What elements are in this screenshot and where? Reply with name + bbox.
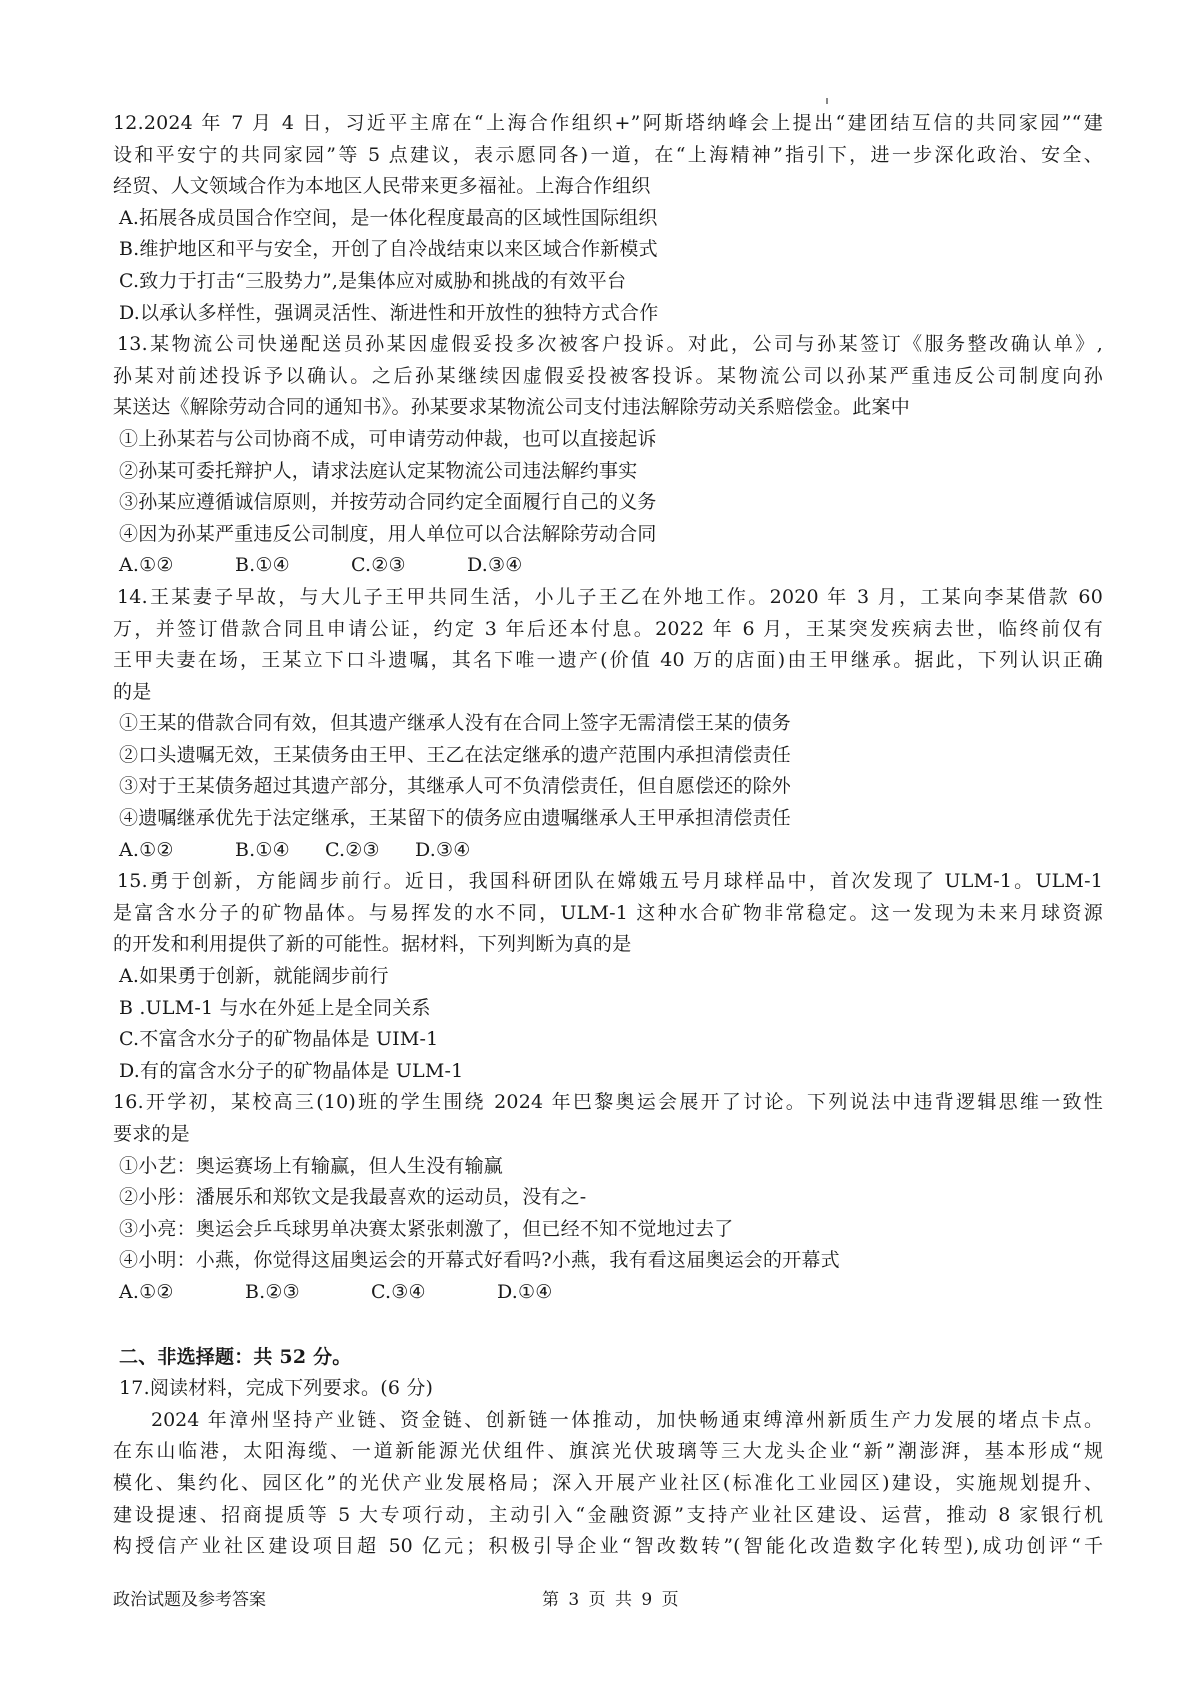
option-c: C.致力于打击“三股势力”,是集体应对威胁和挑战的有效平台 — [113, 266, 1103, 298]
question-stem-line: 王甲夫妻在场，王某立下口斗遗嘱，其名下唯一遗产(价值 40 万的店面)由王甲继承… — [113, 645, 1103, 677]
question-stem-line: 经贸、人文领域合作为本地区人民带来更多福祉。上海合作组织 — [113, 171, 1103, 203]
question-14: 14.王某妻子早故，与大儿子王甲共同生活，小儿子王乙在外地工作。2020 年 3… — [113, 582, 1103, 866]
statement-1: ①上孙某若与公司协商不成，可申请劳动仲裁，也可以直接起诉 — [113, 424, 1103, 456]
choice-c: C.②③ — [325, 835, 415, 867]
material-line: 构授信产业社区建设项目超 50 亿元；积极引导企业“智改数转”(智能化改造数字化… — [113, 1531, 1103, 1563]
answer-choices: A.①② B.①④ C.②③ D.③④ — [113, 835, 1103, 867]
statement-2: ②小彤：潘展乐和郑钦文是我最喜欢的运动员，没有之- — [113, 1182, 1103, 1214]
choice-a: A.①② — [119, 550, 235, 582]
choice-b: B.①④ — [235, 835, 325, 867]
question-stem-line: 15.勇于创新，方能阔步前行。近日，我国科研团队在嫦娥五号月球样品中，首次发现了… — [113, 866, 1103, 898]
option-a: A.拓展各成员国合作空间，是一体化程度最高的区域性国际组织 — [113, 203, 1103, 235]
statement-3: ③小亮：奥运会乒乓球男单决赛太紧张刺激了，但已经不知不觉地过去了 — [113, 1214, 1103, 1246]
statement-1: ①小艺：奥运赛场上有输赢，但人生没有输赢 — [113, 1151, 1103, 1183]
question-stem-line: 16.开学初，某校高三(10)班的学生围绕 2024 年巴黎奥运会展开了讨论。下… — [113, 1087, 1103, 1119]
footer-subject: 政治试题及参考答案 — [113, 1588, 266, 1612]
statement-3: ③孙某应遵循诚信原则，并按劳动合同约定全面履行自己的义务 — [113, 487, 1103, 519]
section-spacer — [113, 1309, 1103, 1342]
option-b: B .ULM-1 与水在外延上是全同关系 — [113, 993, 1103, 1025]
scan-mark — [826, 98, 828, 104]
question-stem-line: 13.某物流公司快递配送员孙某因虚假妥投多次被客户投诉。对此，公司与孙某签订《服… — [113, 329, 1103, 361]
answer-choices: A.①② B.①④ C.②③ D.③④ — [113, 550, 1103, 582]
option-a: A.如果勇于创新，就能阔步前行 — [113, 961, 1103, 993]
section-title: 二、非选择题：共 52 分。 — [113, 1342, 1103, 1374]
statement-4: ④遗嘱继承优先于法定继承，王某留下的债务应由遗嘱继承人王甲承担清偿责任 — [113, 803, 1103, 835]
statement-2: ②口头遗嘱无效，王某债务由王甲、王乙在法定继承的遗产范围内承担清偿责任 — [113, 740, 1103, 772]
option-d: D.有的富含水分子的矿物晶体是 ULM-1 — [113, 1056, 1103, 1088]
choice-c: C.②③ — [351, 550, 467, 582]
question-13: 13.某物流公司快递配送员孙某因虚假妥投多次被客户投诉。对此，公司与孙某签订《服… — [113, 329, 1103, 582]
question-stem-line: 12.2024 年 7 月 4 日，习近平主席在“上海合作组织+”阿斯塔纳峰会上… — [113, 108, 1103, 140]
choice-d: D.③④ — [415, 835, 470, 867]
material-line: 建设提速、招商提质等 5 大专项行动，主动引入“金融资源”支持产业社区建设、运营… — [113, 1500, 1103, 1532]
statement-3: ③对于王某债务超过其遗产部分，其继承人可不负清偿责任，但自愿偿还的除外 — [113, 771, 1103, 803]
choice-d: D.③④ — [467, 550, 583, 582]
page-content: 12.2024 年 7 月 4 日，习近平主席在“上海合作组织+”阿斯塔纳峰会上… — [113, 108, 1103, 1563]
statement-1: ①王某的借款合同有效，但其遗产继承人没有在合同上签字无需清偿王某的债务 — [113, 708, 1103, 740]
answer-choices: A.①② B.②③ C.③④ D.①④ — [113, 1277, 1103, 1309]
question-stem-line: 的开发和利用提供了新的可能性。据材料，下列判断为真的是 — [113, 929, 1103, 961]
choice-b: B.②③ — [245, 1277, 371, 1309]
question-stem-line: 设和平安宁的共同家园”等 5 点建议，表示愿同各)一道，在“上海精神”指引下，进… — [113, 140, 1103, 172]
page-number: 第 3 页 共 9 页 — [542, 1588, 681, 1612]
question-stem-line: 14.王某妻子早故，与大儿子王甲共同生活，小儿子王乙在外地工作。2020 年 3… — [113, 582, 1103, 614]
choice-c: C.③④ — [371, 1277, 497, 1309]
option-d: D.以承认多样性，强调灵活性、渐进性和开放性的独特方式合作 — [113, 298, 1103, 330]
question-stem-line: 的是 — [113, 677, 1103, 709]
choice-a: A.①② — [119, 835, 235, 867]
question-stem-line: 是富含水分子的矿物晶体。与易挥发的水不同，ULM-1 这种水合矿物非常稳定。这一… — [113, 898, 1103, 930]
question-16: 16.开学初，某校高三(10)班的学生围绕 2024 年巴黎奥运会展开了讨论。下… — [113, 1087, 1103, 1308]
statement-4: ④因为孙某严重违反公司制度，用人单位可以合法解除劳动合同 — [113, 519, 1103, 551]
choice-d: D.①④ — [497, 1277, 623, 1309]
question-15: 15.勇于创新，方能阔步前行。近日，我国科研团队在嫦娥五号月球样品中，首次发现了… — [113, 866, 1103, 1087]
question-stem-line: 万，并签订借款合同且申请公证，约定 3 年后还本付息。2022 年 6 月，王某… — [113, 614, 1103, 646]
choice-b: B.①④ — [235, 550, 351, 582]
exam-page: 12.2024 年 7 月 4 日，习近平主席在“上海合作组织+”阿斯塔纳峰会上… — [0, 0, 1200, 1698]
statement-4: ④小明：小燕，你觉得这届奥运会的开幕式好看吗?小燕，我有看这届奥运会的开幕式 — [113, 1245, 1103, 1277]
question-12: 12.2024 年 7 月 4 日，习近平主席在“上海合作组织+”阿斯塔纳峰会上… — [113, 108, 1103, 329]
question-stem-line: 孙某对前述投诉予以确认。之后孙某继续因虚假妥投被客投诉。某物流公司以孙某严重违反… — [113, 361, 1103, 393]
material-line: 模化、集约化、园区化”的光伏产业发展格局；深入开展产业社区(标准化工业园区)建设… — [113, 1468, 1103, 1500]
option-b: B.维护地区和平与安全，开创了自冷战结束以来区域合作新模式 — [113, 234, 1103, 266]
material-line: 2024 年漳州坚持产业链、资金链、创新链一体推动，加快畅通束缚漳州新质生产力发… — [113, 1405, 1103, 1437]
question-stem-line: 要求的是 — [113, 1119, 1103, 1151]
section-non-choice: 二、非选择题：共 52 分。 17.阅读材料，完成下列要求。(6 分) 2024… — [113, 1342, 1103, 1563]
question-stem-line: 某送达《解除劳动合同的通知书》。孙某要求某物流公司支付违法解除劳动关系赔偿金。此… — [113, 392, 1103, 424]
option-c: C.不富含水分子的矿物晶体是 UIM-1 — [113, 1024, 1103, 1056]
question-17-heading: 17.阅读材料，完成下列要求。(6 分) — [113, 1373, 1103, 1405]
statement-2: ②孙某可委托辩护人，请求法庭认定某物流公司违法解约事实 — [113, 456, 1103, 488]
material-line: 在东山临港，太阳海缆、一道新能源光伏组件、旗滨光伏玻璃等三大龙头企业“新”潮澎湃… — [113, 1436, 1103, 1468]
choice-a: A.①② — [119, 1277, 245, 1309]
